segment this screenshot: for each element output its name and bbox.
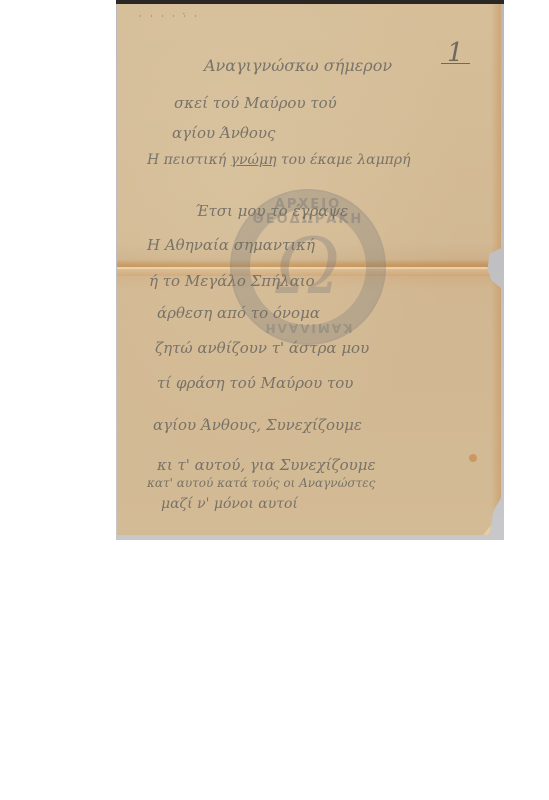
handwritten-line: αγίου Άνθους — [172, 124, 275, 142]
paper-specks: · · · · ·̇ · — [139, 12, 200, 21]
handwritten-line: άρθεση από το όνομα — [157, 304, 320, 322]
stamp-bottom-text: ΚΑΜΙΛΑΛΗ — [232, 321, 384, 335]
handwritten-line: κατ' αυτού κατά τούς οι Αναγνώστες — [147, 476, 375, 490]
handwritten-line: Η Αθηναία σημαντική — [147, 236, 315, 254]
scanner-top-edge — [116, 0, 504, 4]
handwritten-line: σκεί τού Μαύρου τού — [174, 94, 337, 112]
handwritten-line: Αναγιγνώσκω σήμερον — [204, 56, 392, 75]
handwritten-line: ή το Μεγάλο Σπήλαιο — [149, 272, 315, 290]
handwritten-line: ζητώ ανθίζουν τ' άστρα μου — [155, 339, 369, 357]
handwritten-line: μαζί ν' μόνοι αυτοί — [161, 496, 298, 512]
stain-spot — [469, 454, 477, 462]
handwritten-line: τί φράση τού Μαύρου του — [157, 374, 353, 392]
manuscript-page: · · · · ·̇ · 1 ΑΡΧΕΙΟ ΘΕΟΔΩΡΑΚΗ Ω ΚΑΜΙΛΑ… — [117, 4, 501, 535]
handwritten-line: Η πειστική γνώμη του έκαμε λαμπρή — [147, 152, 411, 168]
handwritten-line: αγίου Άνθους, Συνεχίζουμε — [153, 416, 362, 434]
handwritten-line: Έτσι μου το έγραψε — [195, 202, 348, 220]
underlined-word: γνώμη — [231, 152, 277, 168]
handwritten-line: κι τ' αυτού, για Συνεχίζουμε — [157, 456, 376, 474]
page-number: 1 — [447, 38, 464, 68]
stamp-monogram-icon: Ω — [272, 221, 344, 313]
